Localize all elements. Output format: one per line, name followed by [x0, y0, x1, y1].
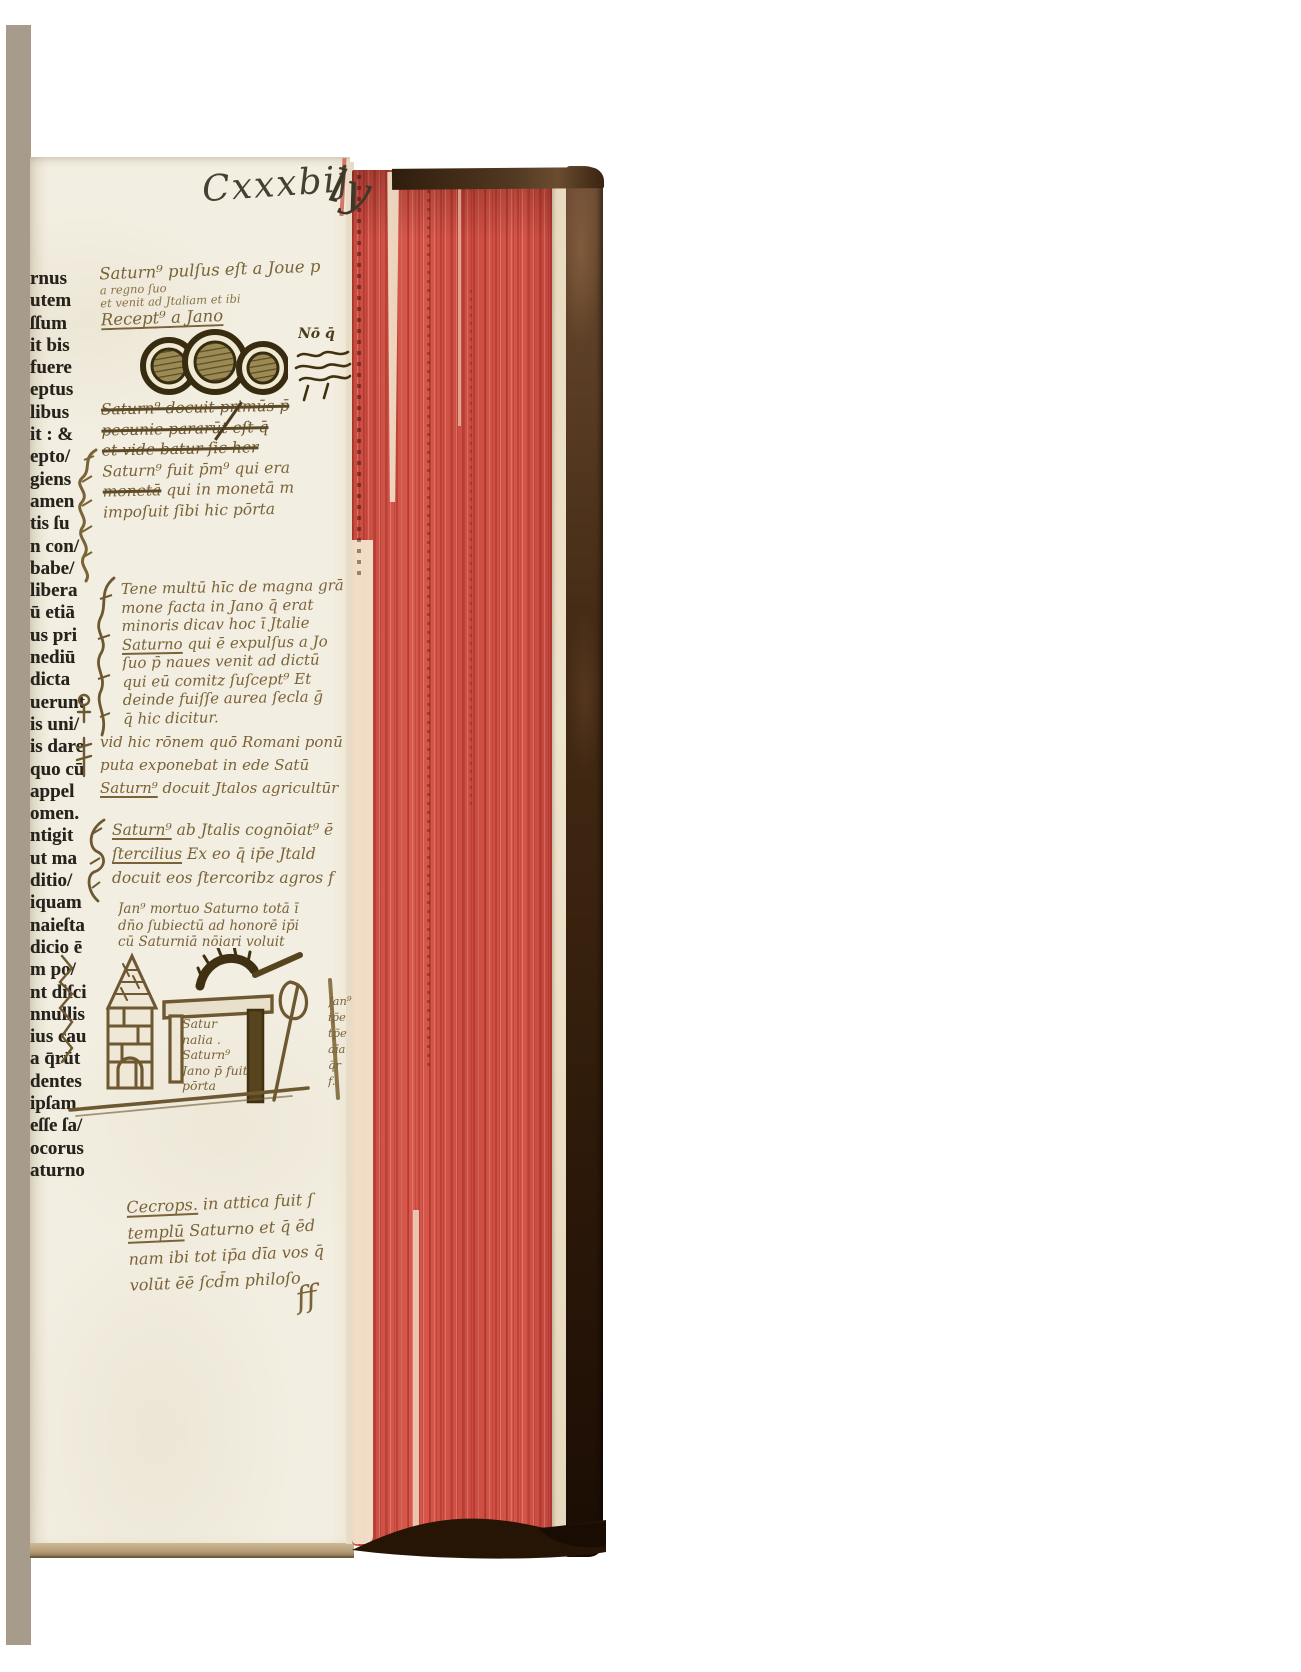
coins-drawing: [136, 326, 288, 404]
fore-edge-cream-streak: [458, 186, 461, 426]
fore-edge-specks: [427, 172, 430, 1072]
annotation-line: Saturn⁹: [182, 1047, 252, 1063]
fore-edge-specks: [470, 290, 472, 810]
annotation-line: q̄r: [328, 1057, 352, 1073]
annotation-line: Jan⁹: [328, 993, 352, 1009]
annotation-line: f.: [328, 1073, 352, 1089]
printed-line: libus: [30, 402, 106, 424]
annotation-line: vid hic rōnem quō Romani ponū: [100, 731, 348, 754]
annotation-line: Saturn⁹ docuit Jtalos agricultūr: [100, 777, 348, 800]
annotation-block-vide-hic: vid hic rōnem quō Romani ponūputa expone…: [100, 731, 348, 800]
page-block-bottom-edge: [30, 1543, 354, 1558]
annotation-line: Jano p̄ fuit: [182, 1063, 252, 1079]
gate-inscription: Saturnalia .Saturn⁹Jano p̄ fuitpōrta: [182, 1016, 252, 1094]
margin-flourish-chain: [74, 448, 102, 583]
binding-headcap: [392, 167, 604, 190]
annotation-line: aīa: [328, 1041, 352, 1057]
annotation-block-struck-lines: Saturn⁹ docuit primūs p̄pecunie pararūt …: [101, 394, 350, 522]
left-crop-bar: [6, 25, 31, 1645]
annotation-line: nalia .: [182, 1032, 252, 1048]
margin-paragraph-marks: [74, 692, 96, 780]
annotation-line: ip̄e: [328, 1009, 352, 1025]
book-bottom-shadow: [348, 1498, 606, 1560]
annotation-line: ſtercilius Ex eo q̄ ip̄e Jtald: [112, 842, 348, 866]
printed-line: ſſum: [30, 313, 106, 335]
annotation-line: dn̄o ſubiectū ad honorē ip̄i: [118, 918, 348, 935]
annotation-block-tene-multu: Tene multū hīc de magna grāmone facta in…: [121, 576, 352, 728]
printed-line: fuere: [30, 357, 106, 379]
margin-curl-flourish: [84, 818, 108, 903]
printed-line: ocorus: [30, 1138, 106, 1160]
annotation-line: pōrta: [182, 1078, 252, 1094]
annotation-line: Satur: [182, 1016, 252, 1032]
coins-side-note: Nō q̄: [298, 326, 350, 342]
printed-line: aturno: [30, 1160, 106, 1182]
annotation-line: puta exponebat in ede Satū: [100, 754, 348, 777]
annotation-block-cecrops: Cecrops. in attica fuit ſtemplū Saturno …: [126, 1185, 352, 1299]
printed-line: it : &: [30, 424, 106, 446]
annotation-block-saturn-ab-italis: Saturn⁹ ab Jtalis cognōiat⁹ ēſtercilius …: [112, 818, 348, 890]
fore-edge-specks: [357, 175, 361, 575]
red-fore-edge: [352, 170, 552, 1546]
printed-line: it bis: [30, 335, 106, 357]
annotation-line: docuit eos ſtercoribz agros f: [112, 866, 348, 890]
annotation-line: Jan⁹ mortuo Saturno totā ī: [118, 901, 348, 918]
printed-line: appel: [30, 781, 106, 803]
book-photograph: Cxxxbij ly rnusutemſſumit bisfuereeptusl…: [0, 0, 1301, 1672]
annotation-block-jano-mortuo: Jan⁹ mortuo Saturno totā īdn̄o ſubiectū …: [118, 901, 348, 951]
fold-cut-annotation-column: Jan⁹ip̄etp̄eaīaq̄rf.: [328, 993, 352, 1105]
fore-edge-cream-streak: [413, 1210, 419, 1544]
printed-line: naieſta: [30, 915, 106, 937]
annotation-line: Saturn⁹ ab Jtalis cognōiat⁹ ē: [112, 818, 348, 842]
printed-line: eptus: [30, 379, 106, 401]
leather-binding: [566, 166, 603, 1557]
annotation-line: q̄ hic dicitur.: [123, 706, 351, 728]
annotation-block-saturn-pulsus: Saturn⁹ pulſus eſt a Joue pa regno ſuoet…: [99, 256, 351, 331]
printed-line: utem: [30, 290, 106, 312]
printed-line: rnus: [30, 268, 106, 290]
annotation-line: tp̄e: [328, 1025, 352, 1041]
